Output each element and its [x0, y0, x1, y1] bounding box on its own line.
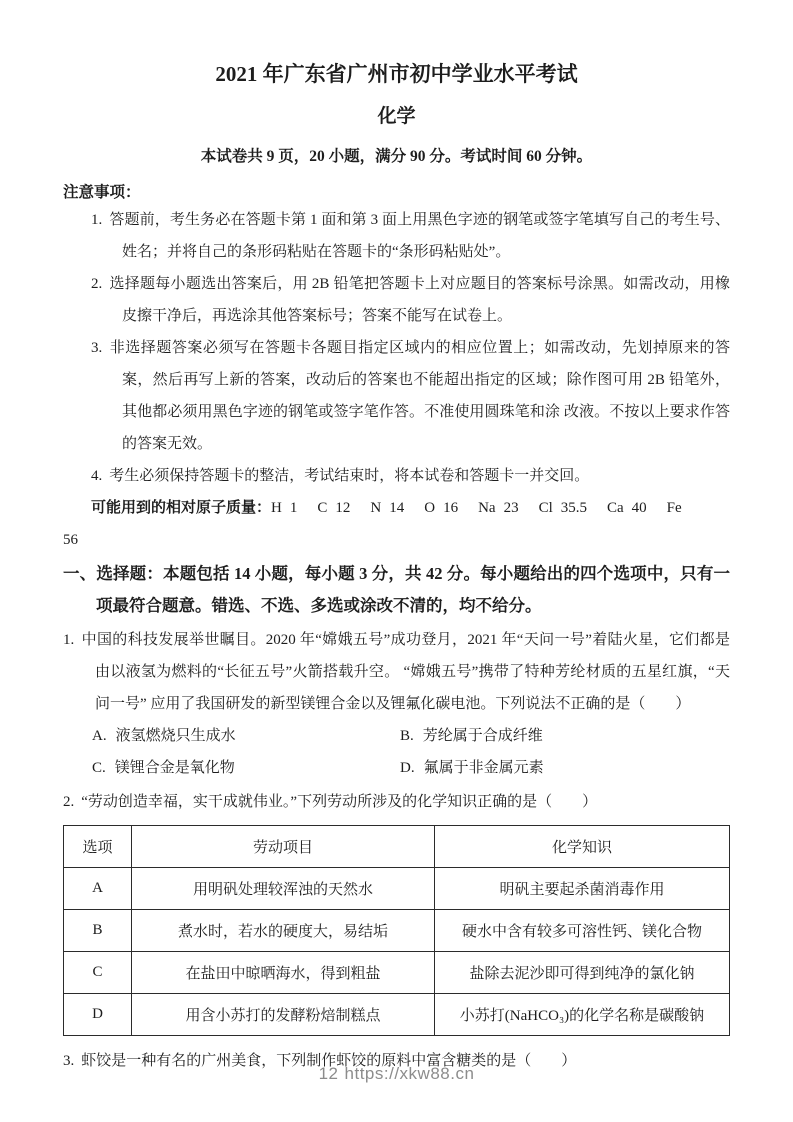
cell-option: D — [64, 994, 132, 1036]
atomic-mass-line: 可能用到的相对原子质量：H1C12N14O16Na23Cl35.5Ca40Fe — [91, 492, 730, 524]
question-text: 中国的科技发展举世瞩目。2020 年“嫦娥五号”成功登月，2021 年“天问一号… — [81, 632, 730, 712]
option-text: 芳纶属于合成纤维 — [423, 728, 543, 744]
cell-task: 用明矾处理较浑浊的天然水 — [132, 868, 435, 910]
cell-option: B — [64, 910, 132, 952]
footer-page-number: 12 — [319, 1064, 339, 1083]
question-2-table: 选项 劳动项目 化学知识 A 用明矾处理较浑浊的天然水 明矾主要起杀菌消毒作用 … — [63, 825, 730, 1036]
cell-task: 在盐田中晾晒海水，得到粗盐 — [132, 952, 435, 994]
question-text: “劳动创造幸福，实干成就伟业。”下列劳动所涉及的化学知识正确的是（ ） — [81, 794, 597, 810]
option-text: 镁锂合金是氧化物 — [115, 760, 235, 776]
atomic-mass-element: N — [370, 500, 381, 516]
subject-title: 化学 — [63, 105, 730, 129]
exam-info: 本试卷共 9 页，20 小题，满分 90 分。考试时间 60 分钟。 — [63, 147, 730, 167]
cell-knowledge: 明矾主要起杀菌消毒作用 — [435, 868, 730, 910]
option-label: B. — [400, 728, 414, 744]
atomic-mass-value: 23 — [504, 500, 519, 516]
table-header-knowledge: 化学知识 — [435, 826, 730, 868]
cell-knowledge: 硬水中含有较多可溶性钙、镁化合物 — [435, 910, 730, 952]
option-text: 液氢燃烧只生成水 — [116, 728, 236, 744]
option-d: D.氟属于非金属元素 — [400, 752, 730, 784]
table-header-option: 选项 — [64, 826, 132, 868]
option-label: C. — [92, 760, 106, 776]
notice-item-1: 1.答题前，考生务必在答题卡第 1 面和第 3 面上用黑色字迹的钢笔或签字笔填写… — [91, 204, 730, 268]
atomic-mass-value: 16 — [443, 500, 458, 516]
atomic-mass-value: 35.5 — [561, 500, 587, 516]
option-label: A. — [92, 728, 107, 744]
atomic-mass-element: O — [424, 500, 435, 516]
notice-number: 2. — [91, 276, 102, 292]
table-row-d: D 用含小苏打的发酵粉焙制糕点 小苏打(NaHCO₃)的化学名称是碳酸钠 — [64, 994, 730, 1036]
question-number: 1. — [63, 632, 74, 648]
exam-paper-page: 2021 年广东省广州市初中学业水平考试 化学 本试卷共 9 页，20 小题，满… — [0, 0, 793, 1122]
page-title: 2021 年广东省广州市初中学业水平考试 — [63, 60, 730, 88]
notice-number: 4. — [91, 468, 102, 484]
atomic-mass-element: C — [317, 500, 327, 516]
question-1: 1.中国的科技发展举世瞩目。2020 年“嫦娥五号”成功登月，2021 年“天问… — [63, 624, 730, 720]
notice-number: 3. — [91, 340, 102, 356]
cell-task: 用含小苏打的发酵粉焙制糕点 — [132, 994, 435, 1036]
atomic-mass-value: 40 — [632, 500, 647, 516]
atomic-mass-value: 14 — [389, 500, 404, 516]
option-c: C.镁锂合金是氧化物 — [92, 752, 400, 784]
cell-option: C — [64, 952, 132, 994]
option-a: A.液氢燃烧只生成水 — [92, 720, 400, 752]
option-b: B.芳纶属于合成纤维 — [400, 720, 730, 752]
notice-item-4: 4.考生必须保持答题卡的整洁，考试结束时，将本试卷和答题卡一并交回。 — [91, 460, 730, 492]
notice-number: 1. — [91, 212, 102, 228]
page-footer: 12https://xkw88.cn — [0, 1064, 793, 1084]
notice-item-3: 3.非选择题答案必须写在答题卡各题目指定区域内的相应位置上；如需改动，先划掉原来… — [91, 332, 730, 460]
table-header-row: 选项 劳动项目 化学知识 — [64, 826, 730, 868]
notice-text: 选择题每小题选出答案后，用 2B 铅笔把答题卡上对应题目的答案标号涂黑。如需改动… — [109, 276, 730, 324]
atomic-mass-element: H — [271, 500, 282, 516]
table-row-c: C 在盐田中晾晒海水，得到粗盐 盐除去泥沙即可得到纯净的氯化钠 — [64, 952, 730, 994]
notice-text: 考生必须保持答题卡的整洁，考试结束时，将本试卷和答题卡一并交回。 — [109, 468, 589, 484]
notice-item-2: 2.选择题每小题选出答案后，用 2B 铅笔把答题卡上对应题目的答案标号涂黑。如需… — [91, 268, 730, 332]
cell-knowledge: 小苏打(NaHCO₃)的化学名称是碳酸钠 — [435, 994, 730, 1036]
atomic-mass-value: 12 — [335, 500, 350, 516]
notice-text: 非选择题答案必须写在答题卡各题目指定区域内的相应位置上；如需改动，先划掉原来的答… — [109, 340, 730, 452]
question-1-options: A.液氢燃烧只生成水 B.芳纶属于合成纤维 C.镁锂合金是氧化物 D.氟属于非金… — [92, 720, 730, 784]
atomic-mass-label: 可能用到的相对原子质量： — [91, 500, 271, 516]
cell-task: 煮水时，若水的硬度大，易结垢 — [132, 910, 435, 952]
atomic-mass-element: Ca — [607, 500, 624, 516]
notice-heading: 注意事项： — [63, 182, 730, 204]
atomic-mass-element: Fe — [667, 500, 682, 516]
question-number: 2. — [63, 794, 74, 810]
question-2: 2.“劳动创造幸福，实干成就伟业。”下列劳动所涉及的化学知识正确的是（ ） — [63, 786, 730, 818]
section-1-heading: 一、选择题：本题包括 14 小题，每小题 3 分，共 42 分。每小题给出的四个… — [63, 558, 730, 622]
atomic-mass-element: Cl — [539, 500, 553, 516]
option-text: 氟属于非金属元素 — [424, 760, 544, 776]
table-row-a: A 用明矾处理较浑浊的天然水 明矾主要起杀菌消毒作用 — [64, 868, 730, 910]
notice-text: 答题前，考生务必在答题卡第 1 面和第 3 面上用黑色字迹的钢笔或签字笔填写自己… — [109, 212, 730, 260]
cell-knowledge: 盐除去泥沙即可得到纯净的氯化钠 — [435, 952, 730, 994]
table-header-task: 劳动项目 — [132, 826, 435, 868]
atomic-mass-element: Na — [478, 500, 496, 516]
cell-option: A — [64, 868, 132, 910]
footer-url: https://xkw88.cn — [345, 1064, 475, 1083]
atomic-mass-value: 1 — [290, 500, 298, 516]
table-row-b: B 煮水时，若水的硬度大，易结垢 硬水中含有较多可溶性钙、镁化合物 — [64, 910, 730, 952]
option-label: D. — [400, 760, 415, 776]
atomic-mass-wrapped-value: 56 — [63, 524, 730, 556]
